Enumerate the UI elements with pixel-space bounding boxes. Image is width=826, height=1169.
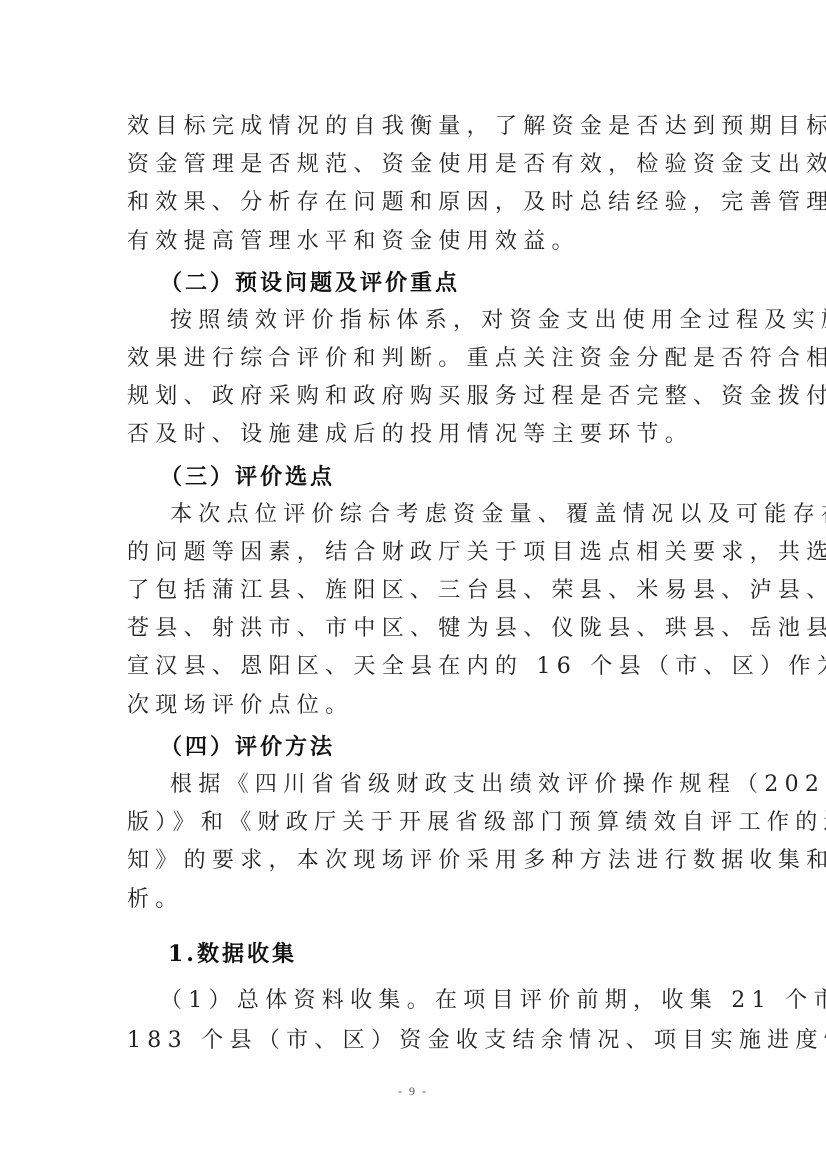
body-line: 按照绩效评价指标体系，对资金支出使用全过程及实施 [170,306,710,336]
page-number: - 9 - [0,1084,826,1099]
section-heading-2: （二）预设问题及评价重点 [160,268,700,298]
body-line: 本次点位评价综合考虑资金量、覆盖情况以及可能存在 [170,500,710,530]
body-line: 根据《四川省省级财政支出绩效评价操作规程（2023 年 [170,770,710,800]
body-line: 和效果、分析存在问题和原因，及时总结经验，完善管理， [127,188,707,218]
body-line: 效果进行综合评价和判断。重点关注资金分配是否符合相关 [127,344,707,374]
body-line: 效目标完成情况的自我衡量，了解资金是否达到预期目标、 [127,112,707,142]
body-line: 知》的要求，本次现场评价采用多种方法进行数据收集和分 [127,846,707,876]
body-line: 次现场评价点位。 [127,691,707,721]
section-heading-4: （四）评价方法 [160,732,700,762]
body-line: 宣汉县、恩阳区、天全县在内的 16 个县（市、区）作为本 [127,652,707,682]
body-line: 有效提高管理水平和资金使用效益。 [127,227,707,257]
body-line: 183 个县（市、区）资金收支结余情况、项目实施进度情况 [127,1026,707,1056]
body-line: 版）》和《财政厅关于开展省级部门预算绩效自评工作的通 [127,808,707,838]
body-line: 的问题等因素，结合财政厅关于项目选点相关要求，共选取 [127,538,707,568]
document-page: 效目标完成情况的自我衡量，了解资金是否达到预期目标、 资金管理是否规范、资金使用… [0,0,826,1169]
section-heading-3: （三）评价选点 [160,462,700,492]
body-line: 了包括蒲江县、旌阳区、三台县、荣县、米易县、泸县、旺 [127,576,707,606]
body-line: 否及时、设施建成后的投用情况等主要环节。 [127,420,707,450]
body-line: （1）总体资料收集。在项目评价前期，收集 21 个市（州） [160,986,700,1016]
subsection-heading-data-collection: 1.数据收集 [168,939,708,969]
body-line: 规划、政府采购和政府购买服务过程是否完整、资金拨付是 [127,382,707,412]
body-line: 析。 [127,885,707,915]
body-line: 苍县、射洪市、市中区、犍为县、仪陇县、珙县、岳池县、 [127,614,707,644]
body-line: 资金管理是否规范、资金使用是否有效，检验资金支出效率 [127,150,707,180]
